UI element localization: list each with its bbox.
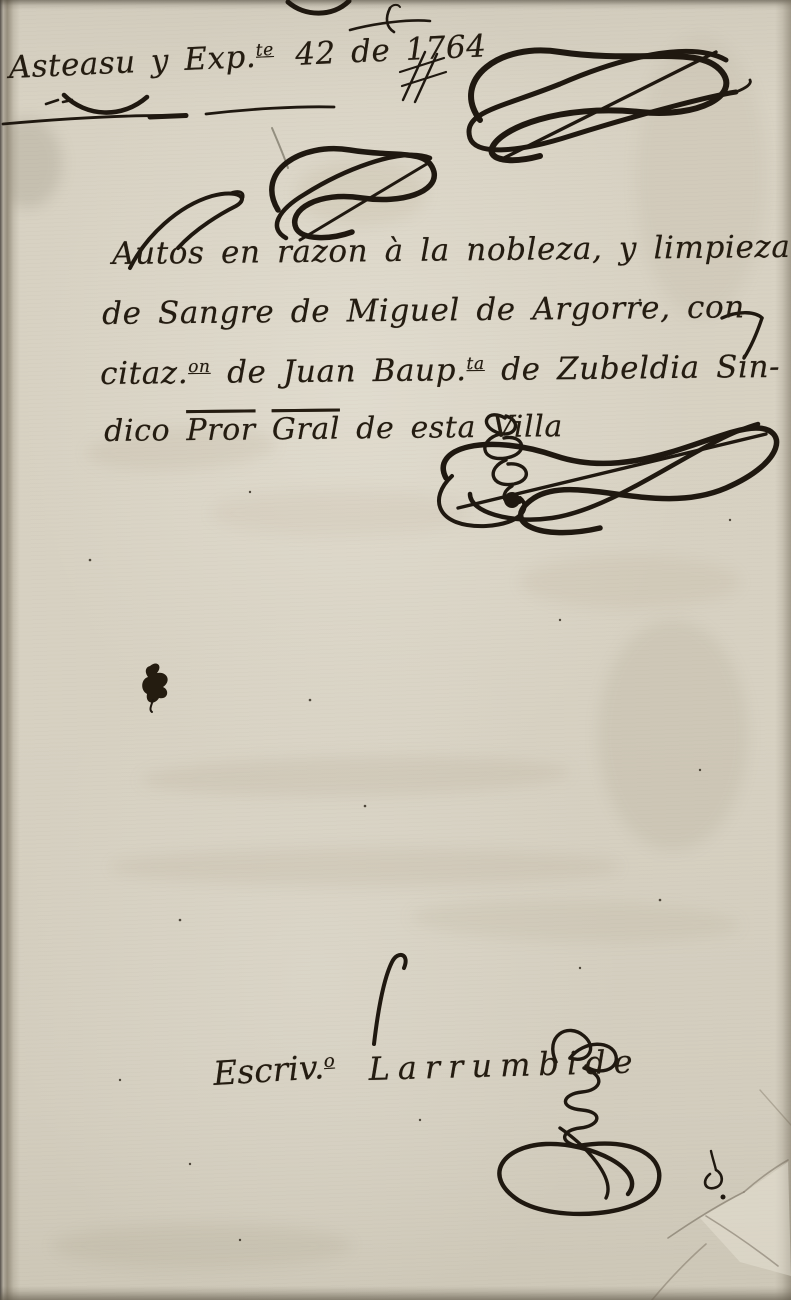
text-segment — [256, 412, 273, 447]
manuscript-line-1: Autos en razon à la nobleza, y limpieza — [112, 229, 791, 272]
signature-title-text: Escriv. — [212, 1047, 325, 1093]
paper-specks — [89, 243, 732, 1241]
manuscript-line-4: dico Pror Gral de esta Villa — [104, 409, 563, 449]
text-segment: de Juan Baup. — [210, 352, 466, 391]
text-segment: Pror — [186, 412, 256, 448]
manuscript-page: Asteasu y Exp.te 42 de 1764 Autos en raz… — [0, 0, 791, 1300]
text-segment: ta — [466, 354, 484, 374]
heading-superscript: te — [255, 40, 274, 61]
ink-blot — [142, 664, 167, 712]
signature-hook — [374, 955, 406, 1044]
rubric-flourish-mid — [272, 149, 434, 240]
text-segment: de Zubeldia Sin- — [485, 349, 781, 388]
ink-stroke-layer — [0, 0, 791, 1300]
text-segment: Autos en razon à la nobleza, y limpieza — [112, 229, 791, 272]
corner-ink-mark — [705, 1151, 725, 1200]
tally-cross-mark — [350, 5, 430, 32]
manuscript-line-3: citaz.on de Juan Baup.ta de Zubeldia Sin… — [100, 349, 780, 392]
text-segment: on — [188, 357, 211, 377]
text-segment: de esta Villa — [340, 409, 563, 446]
text-segment: dico — [104, 413, 187, 449]
text-segment: Gral — [272, 412, 341, 448]
manuscript-line-2: de Sangre de Miguel de Argorre, con — [102, 289, 745, 332]
text-segment: citaz. — [100, 355, 188, 392]
header-underline — [3, 95, 334, 168]
top-edge-cut-mark — [288, 1, 349, 13]
signature-title-superscript: o — [323, 1050, 335, 1072]
rubric-flourish-top-right — [469, 50, 750, 160]
signature-title: Escriv.o — [212, 1047, 336, 1093]
signature-name: Larrumbide — [368, 1042, 641, 1088]
text-segment: de Sangre de Miguel de Argorre, con — [102, 289, 745, 332]
